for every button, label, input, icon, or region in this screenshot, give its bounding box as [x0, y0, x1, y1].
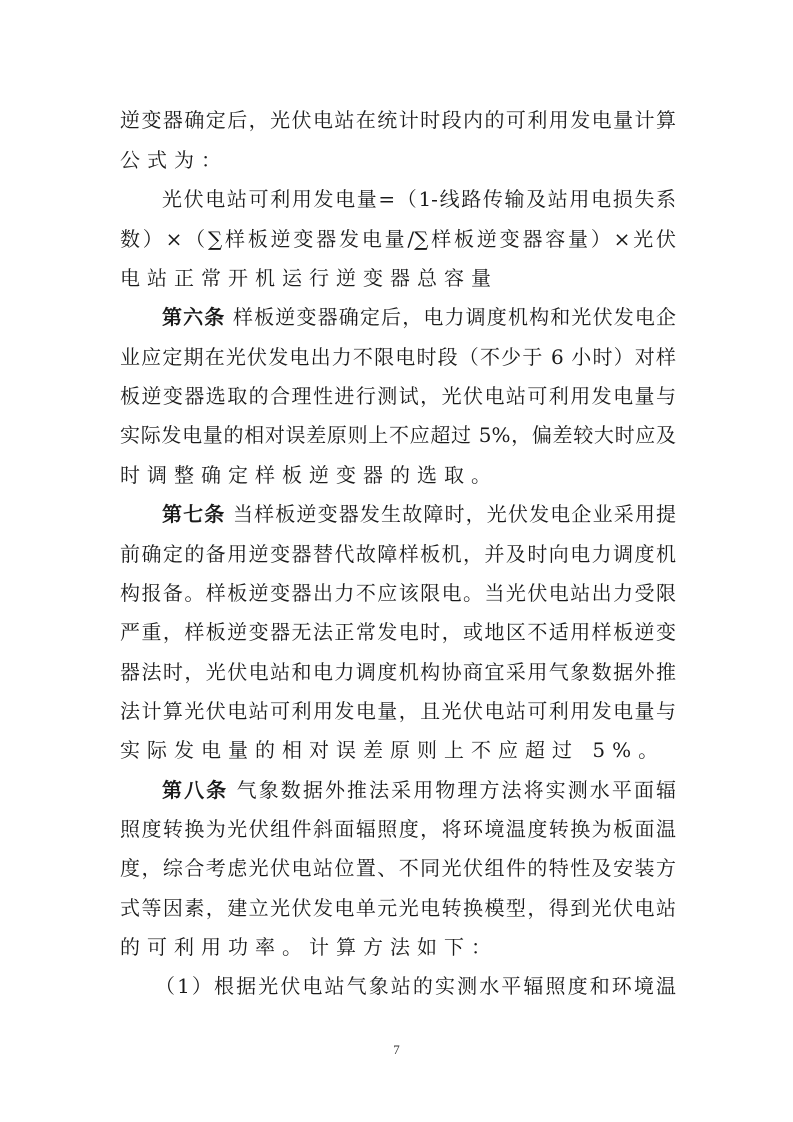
article-7-first-line: 第七条 当样板逆变器发生故障时，光伏发电企业采用提 [162, 494, 676, 534]
text-line: 公式为： [120, 140, 676, 180]
formula-line: 光伏电站可利用发电量=（1-线路传输及站用电损失系 [162, 179, 676, 219]
text-line: 度，综合考虑光伏电站位置、不同光伏组件的特性及安装方 [120, 848, 676, 888]
text-span: 样板逆变器确定后，电力调度机构和光伏发电企 [233, 305, 676, 329]
text-line: 板逆变器选取的合理性进行测试，光伏电站可利用发电量与 [120, 376, 676, 416]
text-line: 时调整确定样板逆变器的选取。 [120, 455, 676, 495]
text-line: 器法时，光伏电站和电力调度机构协商宜采用气象数据外推 [120, 652, 676, 692]
text-line: 实际发电量的相对误差原则上不应超过 5%，偏差较大时应及 [120, 415, 676, 455]
page-number: 7 [0, 1042, 793, 1058]
text-span: 气象数据外推法采用物理方法将实测水平面辐 [237, 778, 676, 802]
text-line: 照度转换为光伏组件斜面辐照度，将环境温度转换为板面温 [120, 809, 676, 849]
text-line: 实际发电量的相对误差原则上不应超过 5%。 [120, 730, 676, 770]
text-line: 的可利用功率。计算方法如下： [120, 927, 676, 967]
text-line: 构报备。样板逆变器出力不应该限电。当光伏电站出力受限 [120, 573, 676, 613]
article-heading: 第八条 [162, 778, 228, 802]
text-line: 业应定期在光伏发电出力不限电时段（不少于 6 小时）对样 [120, 337, 676, 377]
article-heading: 第七条 [162, 502, 225, 526]
article-heading: 第六条 [162, 305, 225, 329]
article-6-first-line: 第六条 样板逆变器确定后，电力调度机构和光伏发电企 [162, 297, 676, 337]
list-item-1: （1）根据光伏电站气象站的实测水平辐照度和环境温 [155, 966, 676, 1006]
document-page: 逆变器确定后，光伏电站在统计时段内的可利用发电量计算 公式为： 光伏电站可利用发… [0, 0, 793, 1122]
formula-line: 电站正常开机运行逆变器总容量 [120, 258, 676, 298]
text-line: 严重，样板逆变器无法正常发电时，或地区不适用样板逆变 [120, 612, 676, 652]
text-line: 前确定的备用逆变器替代故障样板机，并及时向电力调度机 [120, 534, 676, 574]
text-span: 当样板逆变器发生故障时，光伏发电企业采用提 [233, 502, 676, 526]
text-line: 逆变器确定后，光伏电站在统计时段内的可利用发电量计算 [120, 100, 676, 140]
article-8-first-line: 第八条 气象数据外推法采用物理方法将实测水平面辐 [162, 770, 676, 810]
formula-line: 数）×（∑样板逆变器发电量/∑样板逆变器容量）×光伏 [120, 219, 676, 259]
text-line: 式等因素，建立光伏发电单元光电转换模型，得到光伏电站 [120, 888, 676, 928]
text-line: 法计算光伏电站可利用发电量，且光伏电站可利用发电量与 [120, 691, 676, 731]
